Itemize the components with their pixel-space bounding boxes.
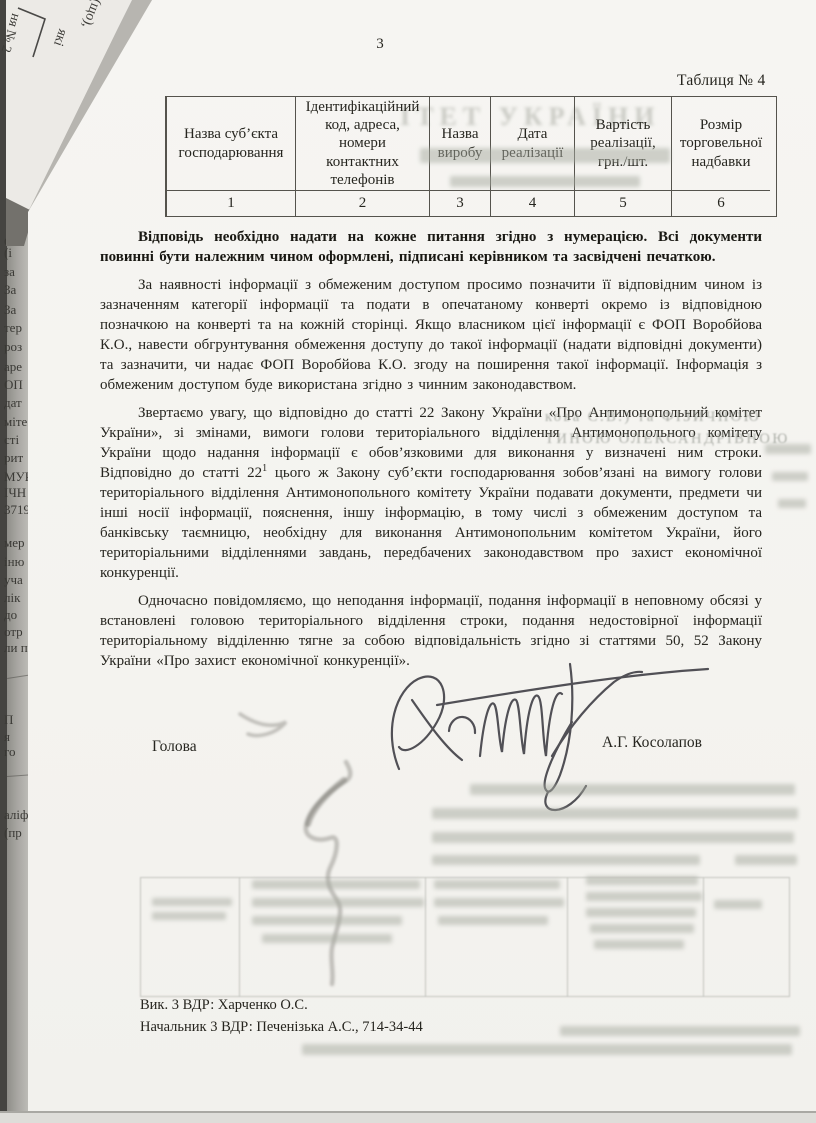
edge-fragment: ли п — [4, 640, 28, 656]
signer-name: А.Г. Косолапов — [602, 734, 702, 752]
edge-fragment: За — [4, 282, 16, 298]
table-header-cell: Розмір торговельної надбавки — [671, 97, 770, 190]
paragraph-requirements: Відповідь необхідно надати на кожне пита… — [100, 227, 762, 267]
bleedthrough-bar — [735, 855, 797, 865]
edge-fragment: за — [4, 264, 15, 280]
bleedthrough-bar — [302, 1044, 792, 1055]
paragraph-liability: Одночасно повідомляємо, що неподання інф… — [100, 591, 762, 671]
edge-fragment: П — [4, 712, 13, 728]
bleedthrough-bar — [450, 176, 640, 187]
edge-fragment: аре — [4, 359, 22, 375]
bleedthrough-bar — [438, 916, 548, 925]
edge-fragment: я — [4, 729, 10, 745]
letter-page: 3 Таблиця № 4 ІТЕТ УКРАЇНИ Назва суб’єкт… — [28, 0, 816, 1111]
bleedthrough-bar — [434, 880, 560, 889]
table-number-cell: 2 — [295, 190, 429, 216]
bleedthrough-bar — [778, 499, 806, 508]
edge-fragment: ОП — [4, 377, 23, 393]
edge-fragment: мер — [4, 535, 25, 551]
bleedthrough-bar — [586, 876, 698, 885]
edge-fragment: 3719 — [4, 502, 30, 518]
bleedthrough-bar — [152, 912, 226, 920]
edge-fragment: ІЧН — [4, 485, 26, 501]
paragraph-law-article22: Звертаємо увагу, що відповідно до статті… — [100, 403, 762, 583]
edge-fragment: За — [4, 302, 16, 318]
edge-fragment: дат — [4, 395, 22, 411]
bleedthrough-bar — [772, 472, 808, 481]
edge-fragment: го — [4, 744, 16, 760]
edge-fragment: до — [4, 607, 17, 623]
bleedthrough-bar — [432, 855, 700, 865]
bleedthrough-bar — [590, 924, 694, 933]
bleedthrough-bar — [560, 1026, 800, 1036]
edge-fragment: сті — [4, 432, 19, 448]
bleedthrough-bar — [252, 880, 420, 889]
bleedthrough-bar — [594, 940, 684, 949]
page-bottom-edge — [0, 1111, 816, 1123]
edge-fragment: іню — [4, 554, 24, 570]
edge-fragment: міте — [4, 414, 27, 430]
edge-fragment: (пр — [4, 825, 22, 841]
table-number-cell: 3 — [429, 190, 490, 216]
edge-fragment: роз — [4, 339, 22, 355]
bleedthrough-bar — [432, 808, 798, 819]
edge-fragment: тер — [4, 320, 22, 336]
paragraph-restricted-info: За наявності інформації з обмеженим дост… — [100, 275, 762, 395]
edge-fragment: отр — [4, 624, 23, 640]
table-caption: Таблиця № 4 — [677, 72, 766, 90]
bleedthrough-bar — [434, 898, 564, 907]
table-header-cell: Назва суб’єкта господарювання — [166, 97, 295, 190]
edge-fragment: лік — [4, 590, 20, 606]
executor-line: Начальник 3 ВДР: Печенізька А.С., 714-34… — [140, 1016, 423, 1038]
bleedthrough-line: кова С.В.) та ФІЗИЧНОЮ — [545, 409, 761, 426]
table-number-cell: 4 — [490, 190, 574, 216]
executor-block: Вик. 3 ВДР: Харченко О.С. Начальник 3 ВД… — [140, 994, 423, 1038]
table-number-cell: 6 — [671, 190, 770, 216]
edge-fragment: уча — [4, 572, 23, 588]
bleedthrough-bar — [252, 898, 424, 907]
table-number-row: 123456 — [166, 190, 776, 216]
bleedthrough-bar — [765, 444, 811, 454]
bleedthrough-bar — [152, 898, 232, 906]
signer-title: Голова — [152, 738, 197, 756]
bleedthrough-bar — [470, 784, 795, 795]
bleedthrough-bar — [420, 148, 670, 163]
edge-fragment: аліф — [4, 807, 28, 823]
table-number-cell: 5 — [574, 190, 671, 216]
bleedthrough-bar — [586, 892, 702, 901]
table-header-cell: Ідентифікаційний код, адреса, номери кон… — [295, 97, 429, 190]
page-number: 3 — [368, 36, 392, 53]
bleedthrough-line: ТИНОЮ ОЛЕКСАНДРІВНОЮ — [545, 431, 790, 448]
scanned-document: С(ізаЗаЗатеррозареОПдатмітестіритМУРІЧН3… — [0, 0, 816, 1123]
bleedthrough-bar — [252, 916, 402, 925]
bleedthrough-bar — [714, 900, 762, 909]
letter-body: Відповідь необхідно надати на кожне пита… — [100, 227, 762, 679]
edge-fragment: МУР — [4, 469, 30, 485]
bleedthrough-bar — [586, 908, 696, 917]
edge-fragment: рит — [4, 450, 23, 466]
executor-line: Вик. 3 ВДР: Харченко О.С. — [140, 994, 423, 1016]
bleedthrough-bar — [432, 832, 794, 843]
table-number-cell: 1 — [166, 190, 295, 216]
bleedthrough-bar — [262, 934, 392, 943]
